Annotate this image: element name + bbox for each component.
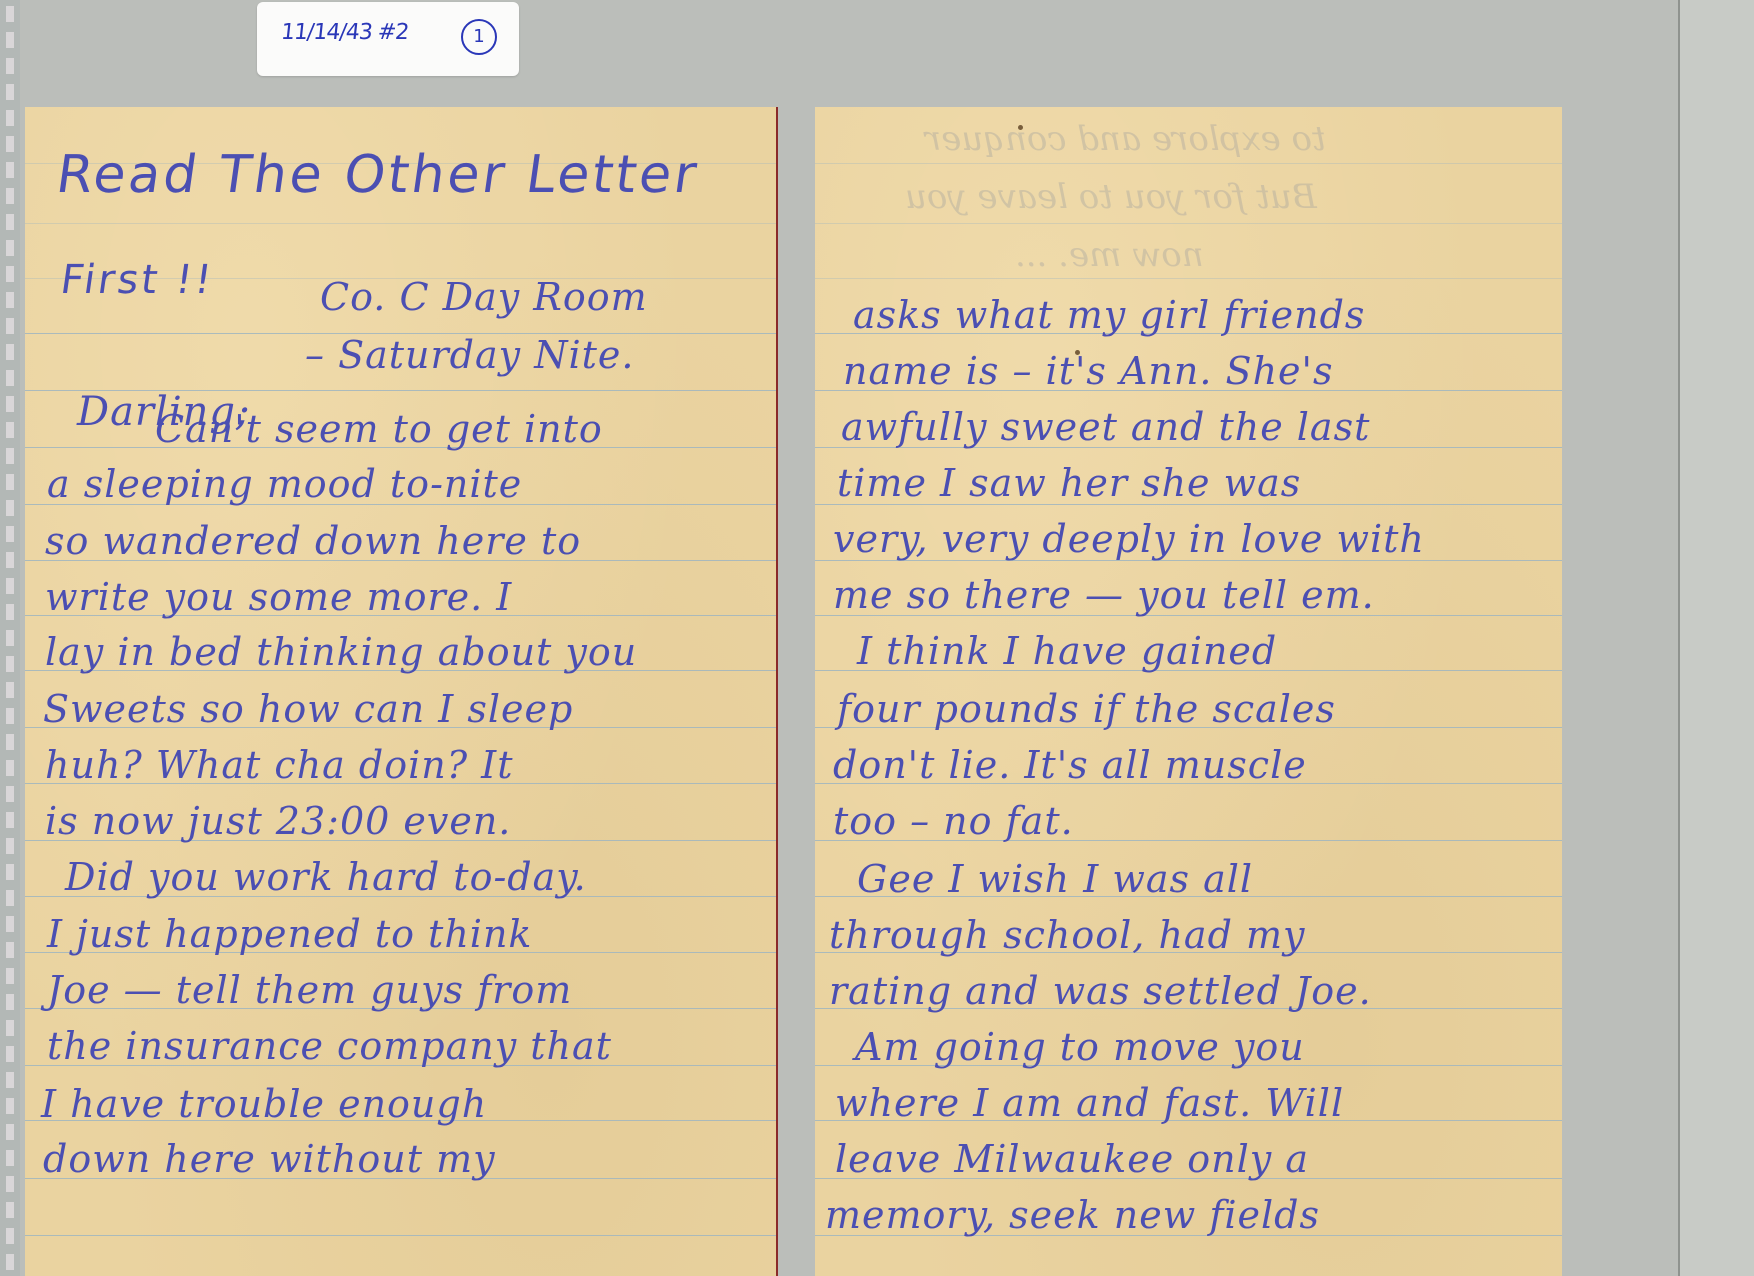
letter-page-right: to explore and conquer But for you to le… bbox=[815, 107, 1562, 1276]
letter-line: Gee I wish I was all bbox=[857, 857, 1253, 901]
letter-line: a sleeping mood to-nite bbox=[47, 462, 522, 506]
bleed-through-text: But for you to leave you bbox=[905, 177, 1317, 217]
letter-line: very, very deeply in love with bbox=[833, 517, 1425, 561]
letter-line: time I saw her she was bbox=[837, 461, 1301, 505]
archive-label: 11/14/43 #2 1 bbox=[257, 2, 519, 76]
letter-line: huh? What cha doin? It bbox=[45, 743, 513, 787]
letter-line: through school, had my bbox=[829, 913, 1306, 957]
letter-line: asks what my girl friends bbox=[853, 293, 1365, 337]
letter-line: write you some more. I bbox=[45, 575, 512, 619]
letter-line: so wandered down here to bbox=[45, 519, 581, 563]
letter-line: leave Milwaukee only a bbox=[835, 1137, 1309, 1181]
binder-perforation-strip bbox=[0, 0, 20, 1276]
letter-line: name is – it's Ann. She's bbox=[843, 349, 1333, 393]
letter-line: down here without my bbox=[43, 1137, 496, 1181]
letter-line: I have trouble enough bbox=[41, 1082, 487, 1126]
letter-line: Sweets so how can I sleep bbox=[43, 687, 573, 731]
letter-line: I just happened to think bbox=[47, 912, 532, 956]
letter-line: don't lie. It's all muscle bbox=[833, 743, 1307, 787]
location-line: Co. C Day Room bbox=[320, 275, 648, 319]
letter-line: Am going to move you bbox=[855, 1025, 1305, 1069]
letter-line: I think I have gained bbox=[857, 629, 1277, 673]
letter-line: lay in bed thinking about you bbox=[45, 630, 637, 674]
header-first: First !! bbox=[58, 257, 217, 303]
letter-line: the insurance company that bbox=[47, 1024, 612, 1068]
paper-speck bbox=[1018, 125, 1023, 130]
letter-line: four pounds if the scales bbox=[837, 687, 1336, 731]
archive-date-label: 11/14/43 #2 bbox=[280, 20, 410, 45]
letter-line: rating and was settled Joe. bbox=[829, 969, 1372, 1013]
letter-line: Can't seem to get into bbox=[155, 407, 603, 451]
letter-line: Did you work hard to-day. bbox=[65, 855, 587, 899]
letter-line: where I am and fast. Will bbox=[835, 1081, 1344, 1125]
header-read-other-letter: Read The Other Letter bbox=[53, 145, 703, 205]
letter-page-left: Read The Other Letter First !! Co. C Day… bbox=[25, 107, 778, 1276]
circled-page-number: 1 bbox=[461, 19, 497, 55]
letter-line: me so there — you tell em. bbox=[833, 573, 1375, 617]
letter-line: awfully sweet and the last bbox=[841, 405, 1370, 449]
bleed-through-text: now me. ... bbox=[1015, 235, 1204, 275]
letter-line: too – no fat. bbox=[833, 799, 1074, 843]
date-line: – Saturday Nite. bbox=[305, 333, 634, 377]
letter-line: Joe — tell them guys from bbox=[47, 968, 572, 1012]
letter-line: memory, seek new fields bbox=[825, 1193, 1320, 1237]
bleed-through-text: to explore and conquer bbox=[925, 119, 1326, 159]
letter-line: is now just 23:00 even. bbox=[45, 799, 511, 843]
